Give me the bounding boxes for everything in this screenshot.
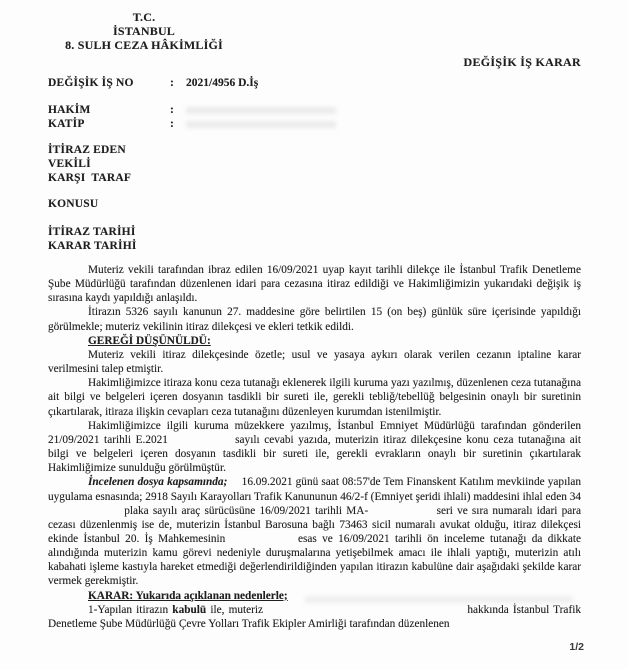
text-segment: Muteriz vekili itiraz dilekçesinde özetl… [48,349,581,375]
field-value: 2021/4956 D.İş [186,76,258,90]
field-colon: : [170,76,186,90]
document-type-title: DEĞİŞİK İŞ KARAR [48,55,581,69]
header-country: T.C. [48,10,240,24]
field-row: KATİP: [48,117,581,131]
section-heading: GEREĞİ DÜŞÜNÜLDÜ: [48,334,581,348]
redacted-gap [48,513,120,514]
redacted-gap [173,442,231,443]
field-label: KARAR TARİHİ [48,239,170,253]
field-row: KONUSU [48,197,581,211]
court-header: T.C. İSTANBUL 8. SULH CEZA HÂKİMLİĞİ [48,10,240,52]
text-segment: İtirazın 5326 sayılı kanunun 27. maddesi… [48,306,581,332]
field-row: KARAR TARİHİ [48,239,581,253]
field-label: DEĞİŞİK İŞ NO [48,76,170,90]
paragraph: Muteriz vekili itiraz dilekçesinde özetl… [48,348,581,376]
field-row: DEĞİŞİK İŞ NO:2021/4956 D.İş [48,76,581,90]
field-row: İTİRAZ EDEN [48,143,581,157]
field-colon: : [170,117,186,131]
paragraph: İtirazın 5326 sayılı kanunun 27. maddesi… [48,305,581,333]
paragraph: İncelenen dosya kapsamında; 16.09.2021 g… [48,475,581,588]
text-segment: Hakimliğimizce itiraza konu ceza tutanağ… [48,377,581,417]
text-segment: İncelenen dosya kapsamında; [88,476,227,488]
field-row: KARŞI TARAF [48,171,581,185]
redacted-value [186,107,336,114]
field-colon: : [170,103,186,117]
paragraph: Muteriz vekili tarafından ibraz edilen 1… [48,263,581,305]
redacted-gap [231,541,293,542]
paragraph: Hakimliğimizce itiraza konu ceza tutanağ… [48,376,581,418]
fields: DEĞİŞİK İŞ NO:2021/4956 D.İşHAKİM:KATİP:… [48,76,581,253]
text-segment: 1-Yapılan itirazın [88,604,172,616]
redacted-gap [267,612,463,613]
redacted-gap [372,513,432,514]
field-label: İTİRAZ TARİHİ [48,225,170,239]
page-number: 1/2 [569,641,584,653]
field-label: HAKİM [48,103,170,117]
header-city: İSTANBUL [48,24,240,38]
body-text: Muteriz vekili tarafından ibraz edilen 1… [48,263,581,631]
text-segment: kabulü [172,604,206,616]
field-label: İTİRAZ EDEN [48,143,170,157]
header-court: 8. SULH CEZA HÂKİMLİĞİ [48,38,240,52]
redacted-gap [231,484,239,485]
scan-smudge [305,596,573,603]
text-segment: Muteriz vekili tarafından ibraz edilen 1… [48,264,581,304]
text-segment: plaka sayılı araç sürücüsüne 16/09/2021 … [124,505,368,517]
field-row: VEKİLİ [48,157,581,171]
document-page: T.C. İSTANBUL 8. SULH CEZA HÂKİMLİĞİ DEĞ… [0,0,628,631]
field-label: KARŞI TARAF [48,171,170,185]
paragraph: 1-Yapılan itirazın kabulü ile, muteriz h… [48,603,581,631]
text-segment: ile, muteriz [210,604,263,616]
field-row: HAKİM: [48,103,581,117]
field-label: KATİP [48,117,170,131]
text-segment: GEREĞİ DÜŞÜNÜLDÜ: [88,335,211,347]
field-label: VEKİLİ [48,157,170,171]
text-segment: KARAR: Yukarıda açıklanan nedenlerle; [88,590,288,602]
field-label: KONUSU [48,197,170,211]
field-row: İTİRAZ TARİHİ [48,225,581,239]
redacted-value [186,121,336,128]
paragraph: Hakimliğimizce ilgili kuruma müzekkere y… [48,419,581,476]
